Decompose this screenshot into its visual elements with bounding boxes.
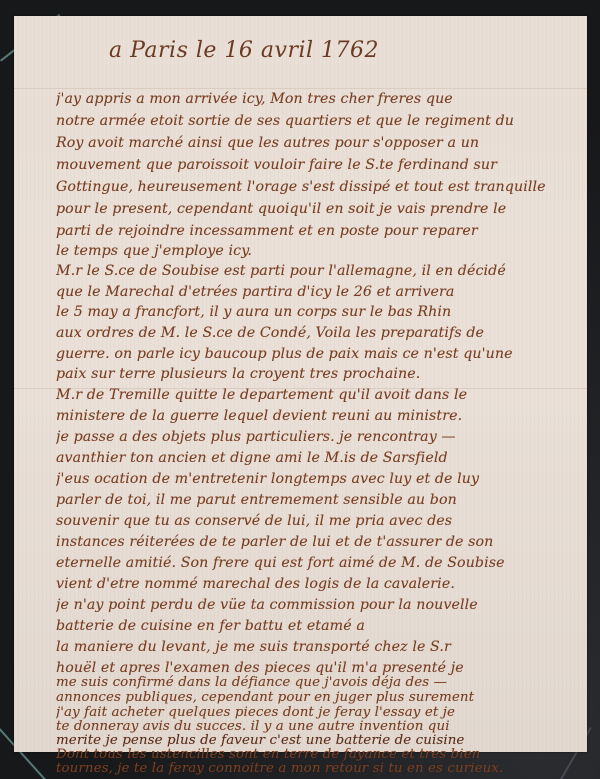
letter-line: tournes, je te la feray connoitre a mon … [56,761,576,776]
letter-line: M.r de Tremille quitte le departement qu… [56,387,576,403]
letter-line: annonces publiques, cependant pour en ju… [56,690,576,705]
letter-line: Dont tous les ustencilles sont en terre … [56,747,576,762]
letter-line: merite je pense plus de faveur c'est une… [56,733,576,748]
letter-line: parti de rejoindre incessamment et en po… [56,223,576,239]
letter-paper: a Paris le 16 avril 1762 j'ay appris a m… [14,16,587,752]
letter-line: ministere de la guerre lequel devient re… [56,408,576,424]
letter-line: le temps que j'employe icy. [56,243,576,259]
letter-line: me suis confirmé dans la défiance que j'… [56,675,576,690]
letter-line: je n'ay point perdu de vüe ta commission… [56,597,576,613]
letter-line: paix sur terre plusieurs la croyent tres… [56,366,576,382]
letter-line: j'ay fait acheter quelques pieces dont j… [56,705,576,720]
letter-line: houël et apres l'examen des pieces qu'il… [56,660,576,676]
letter-line: avanthier ton ancien et digne ami le M.i… [56,450,576,466]
letter-body: j'ay appris a mon arrivée icy, Mon tres … [14,16,587,752]
letter-line: j'eus ocation de m'entretenir longtemps … [56,471,576,487]
letter-line: instances réiterées de te parler de lui … [56,534,576,550]
letter-line: aux ordres de M. le S.ce de Condé, Voila… [56,325,576,341]
letter-line: souvenir que tu as conservé de lui, il m… [56,513,576,529]
letter-line: notre armée etoit sortie de ses quartier… [56,113,576,129]
letter-line: Roy avoit marché ainsi que les autres po… [56,135,576,151]
letter-line: batterie de cuisine en fer battu et etam… [56,618,576,634]
letter-line: M.r le S.ce de Soubise est parti pour l'… [56,263,576,279]
letter-line: j'ay appris a mon arrivée icy, Mon tres … [56,91,576,107]
letter-line: vient d'etre nommé marechal des logis de… [56,576,576,592]
letter-line: Gottingue, heureusement l'orage s'est di… [56,179,576,195]
letter-line: te donneray avis du succes. il y a une a… [56,719,576,734]
letter-line: parler de toi, il me parut entremement s… [56,492,576,508]
letter-line: la maniere du levant, je me suis transpo… [56,639,576,655]
letter-line: le 5 may a francfort, il y aura un corps… [56,304,576,320]
letter-line: eternelle amitié. Son frere qui est fort… [56,555,576,571]
letter-line: guerre. on parle icy baucoup plus de pai… [56,346,576,362]
letter-line: que le Marechal d'etrées partira d'icy l… [56,284,576,300]
letter-line: pour le present, cependant quoiqu'il en … [56,201,576,217]
letter-line: mouvement que paroissoit vouloir faire l… [56,157,576,173]
letter-line: je passe a des objets plus particuliers.… [56,429,576,445]
